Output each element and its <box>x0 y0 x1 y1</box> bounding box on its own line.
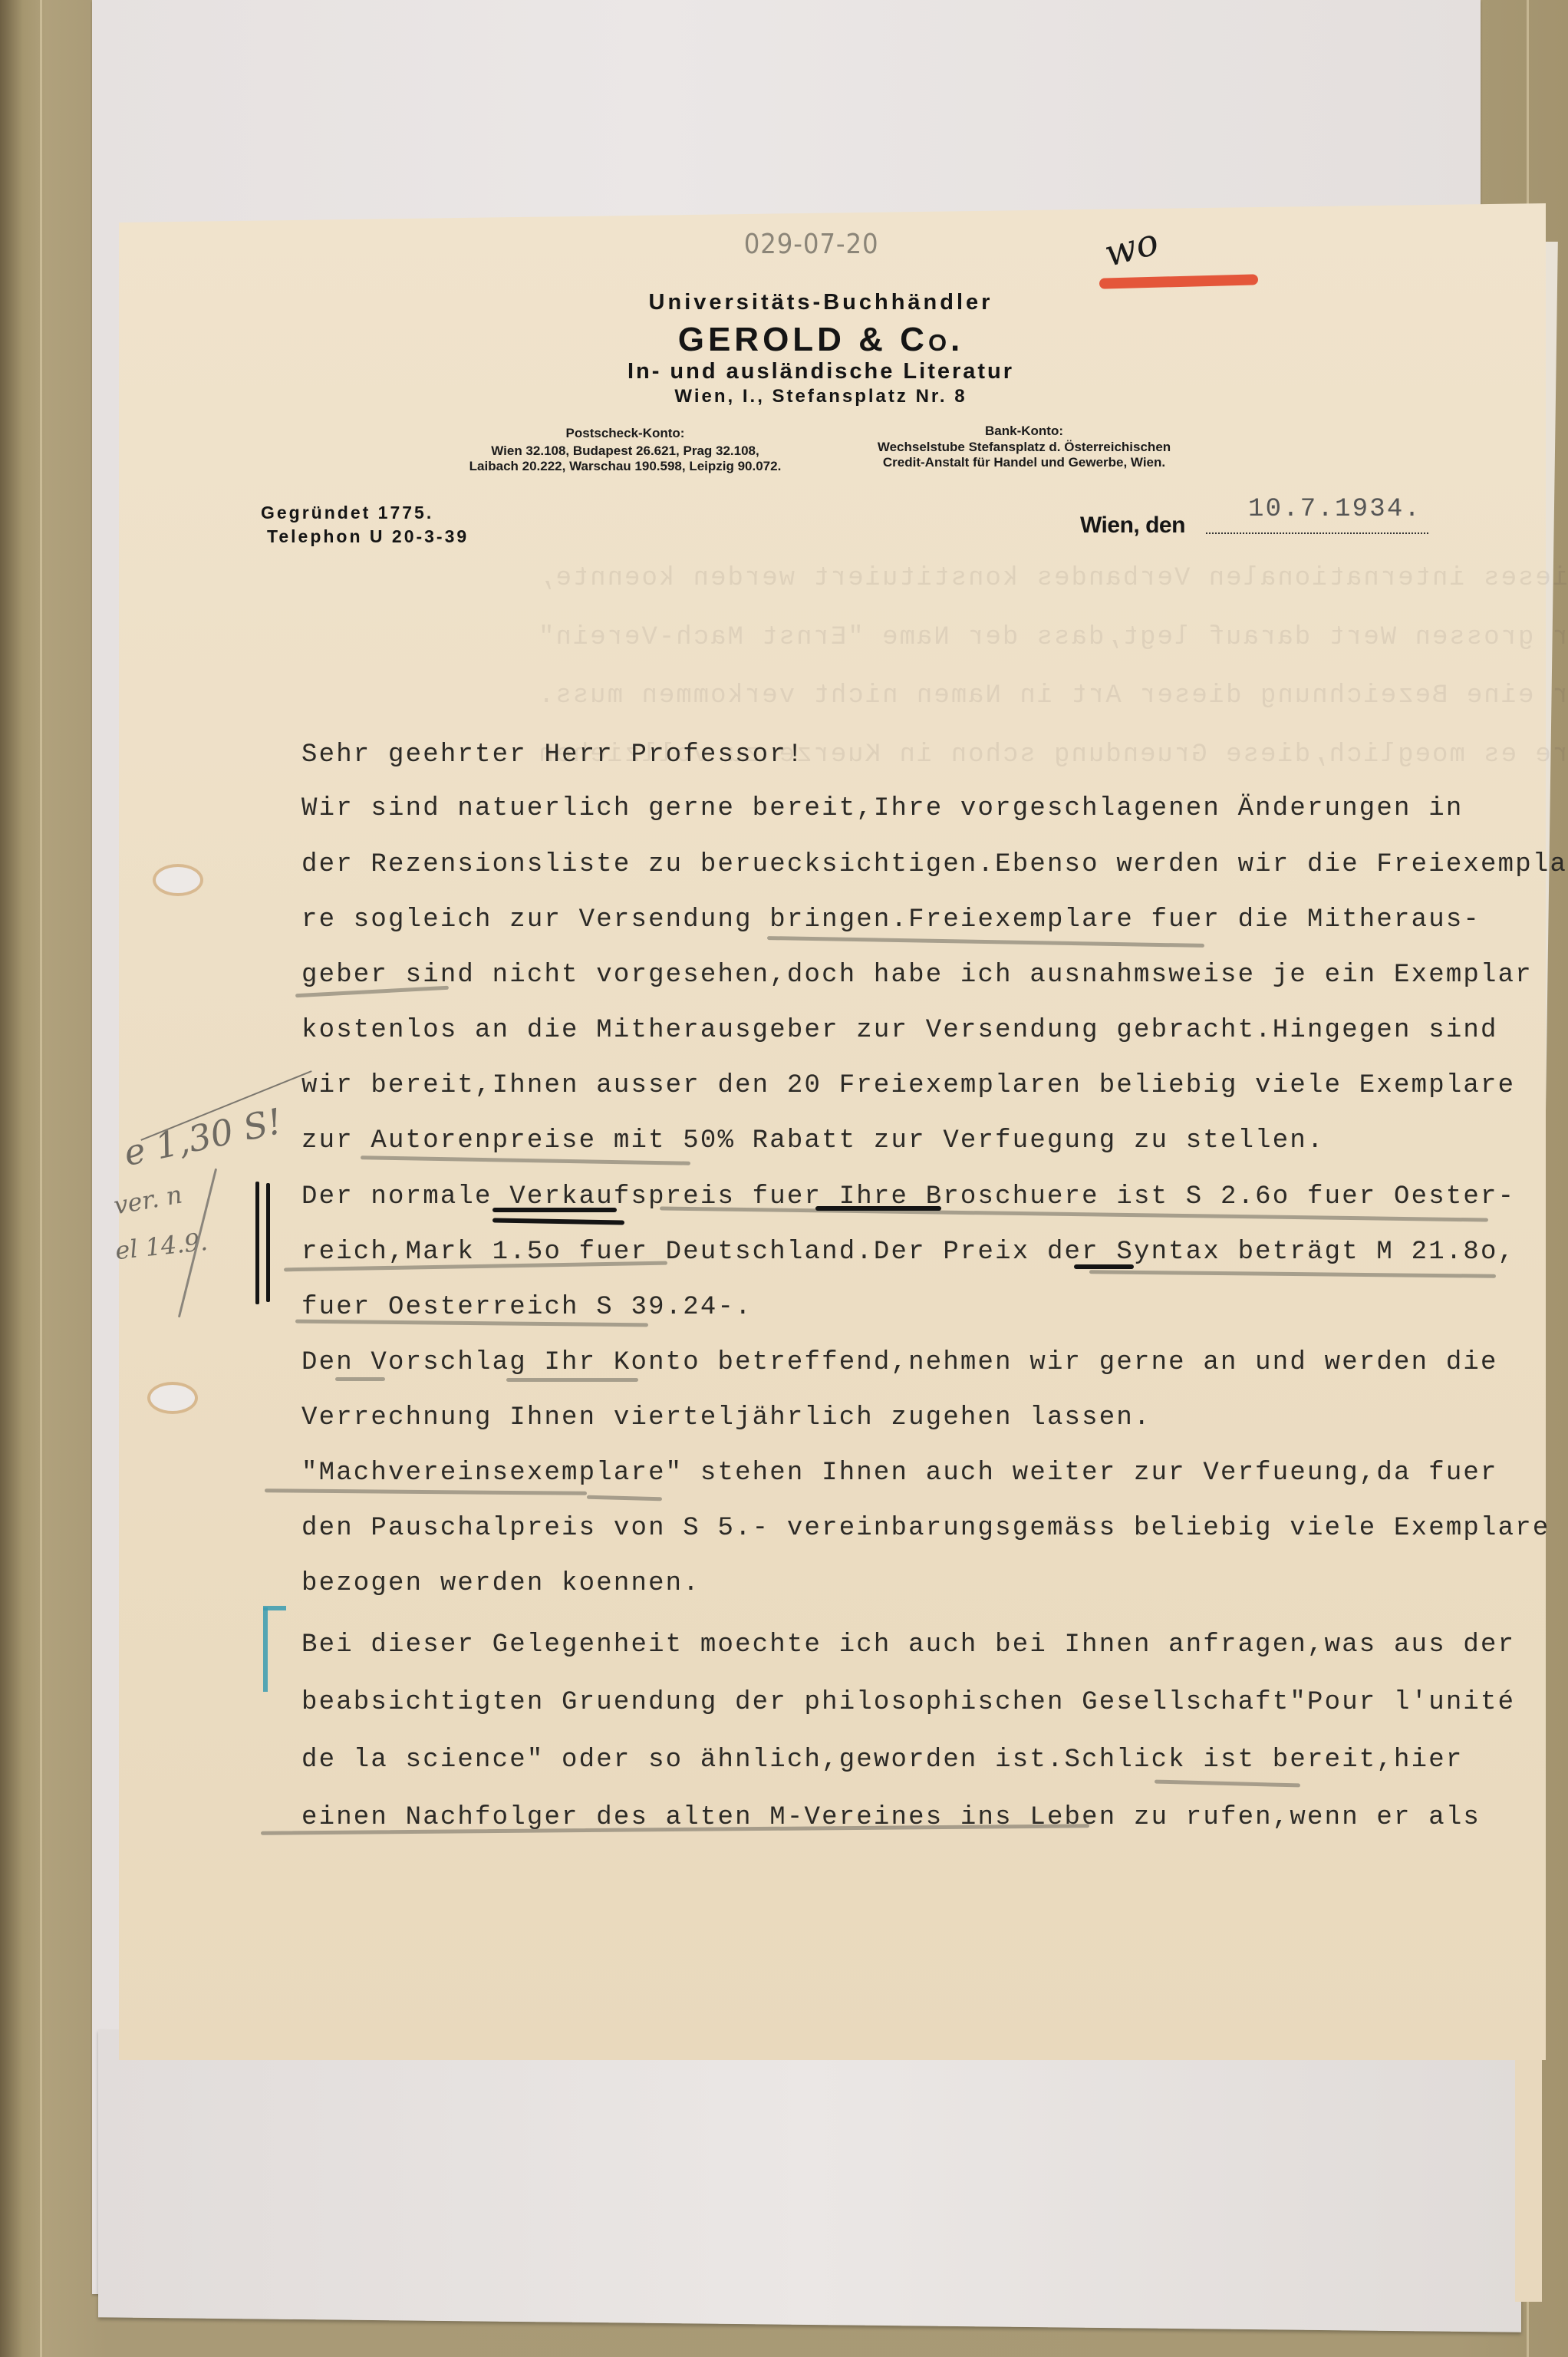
date-dotted-line <box>1206 532 1428 534</box>
postscheck-label: Postscheck-Konto: <box>445 426 805 441</box>
body-line: Verrechnung Ihnen vierteljährlich zugehe… <box>301 1403 1151 1432</box>
body-line: re sogleich zur Versendung bringen.Freie… <box>301 905 1481 935</box>
bleed-through-line: oder eine Bezeichnung dieser Art in Name… <box>537 681 1568 710</box>
body-line: Den Vorschlag Ihr Konto betreffend,nehme… <box>301 1348 1498 1377</box>
letter-date: 10.7.1934. <box>1248 495 1421 524</box>
bank-line: Credit-Anstalt für Handel und Gewerbe, W… <box>844 455 1204 470</box>
salutation: Sehr geehrter Herr Professor! <box>301 740 805 770</box>
body-line: "Machvereinsexemplare" stehen Ihnen auch… <box>301 1459 1498 1488</box>
archive-number: 029-07-20 <box>744 229 879 260</box>
pencil-underline <box>335 1377 385 1381</box>
place-label: Wien, den <box>1080 513 1185 539</box>
white-paper-bottom <box>98 2029 1521 2332</box>
punch-hole <box>150 1385 195 1411</box>
body-line: bezogen werden koennen. <box>301 1569 700 1598</box>
body-line: wir bereit,Ihnen ausser den 20 Freiexemp… <box>301 1071 1515 1100</box>
company-name: GEROLD & Co. <box>583 321 1059 359</box>
body-line: beabsichtigten Gruendung der philosophis… <box>301 1688 1515 1717</box>
body-line: reich,Mark 1.5o fuer Deutschland.Der Pre… <box>301 1238 1515 1267</box>
blue-pencil-bracket <box>263 1606 286 1610</box>
pencil-underline <box>506 1378 638 1382</box>
body-line: kostenlos an die Mitherausgeber zur Vers… <box>301 1016 1498 1045</box>
letterhead-title: Universitäts-Buchhändler <box>583 290 1059 315</box>
telephone-text: Telephon U 20-3-39 <box>267 526 469 547</box>
bleed-through-line: wobei er grossen Wert darauf legt,dass d… <box>537 623 1568 652</box>
body-line: geber sind nicht vorgesehen,doch habe ic… <box>301 961 1533 990</box>
bank-line: Wechselstube Stefansplatz d. Österreichi… <box>844 440 1204 455</box>
ink-margin-bar <box>255 1182 259 1304</box>
bleed-through-line: Ortsgruppe dieses internationalen Verban… <box>537 564 1568 593</box>
ink-underline <box>815 1206 941 1211</box>
letterhead-address: Wien, I., Stefansplatz Nr. 8 <box>583 386 1059 407</box>
body-line: de la science" oder so ähnlich,geworden … <box>301 1745 1463 1775</box>
punch-hole <box>156 867 200 893</box>
body-line: Wir sind natuerlich gerne bereit,Ihre vo… <box>301 794 1463 823</box>
blue-pencil-bracket <box>263 1607 268 1692</box>
ink-margin-bar <box>266 1183 270 1302</box>
body-line: fuer Oesterreich S 39.24-. <box>301 1293 753 1322</box>
founded-text: Gegründet 1775. <box>261 503 433 523</box>
letterhead-subtitle: In- und ausländische Literatur <box>568 359 1074 384</box>
body-line: zur Autorenpreise mit 50% Rabatt zur Ver… <box>301 1126 1325 1155</box>
postscheck-line: Wien 32.108, Budapest 26.621, Prag 32.10… <box>445 443 805 459</box>
postscheck-line: Laibach 20.222, Warschau 190.598, Leipzi… <box>445 459 805 474</box>
ink-underline <box>492 1208 617 1212</box>
body-line: der Rezensionsliste zu beruecksichtigen.… <box>301 850 1568 879</box>
bank-label: Bank-Konto: <box>844 424 1204 439</box>
body-line: Bei dieser Gelegenheit moechte ich auch … <box>301 1630 1515 1660</box>
body-line: den Pauschalpreis von S 5.- vereinbarung… <box>301 1514 1550 1543</box>
ink-underline <box>1074 1264 1134 1269</box>
folder-crease <box>40 0 42 2357</box>
